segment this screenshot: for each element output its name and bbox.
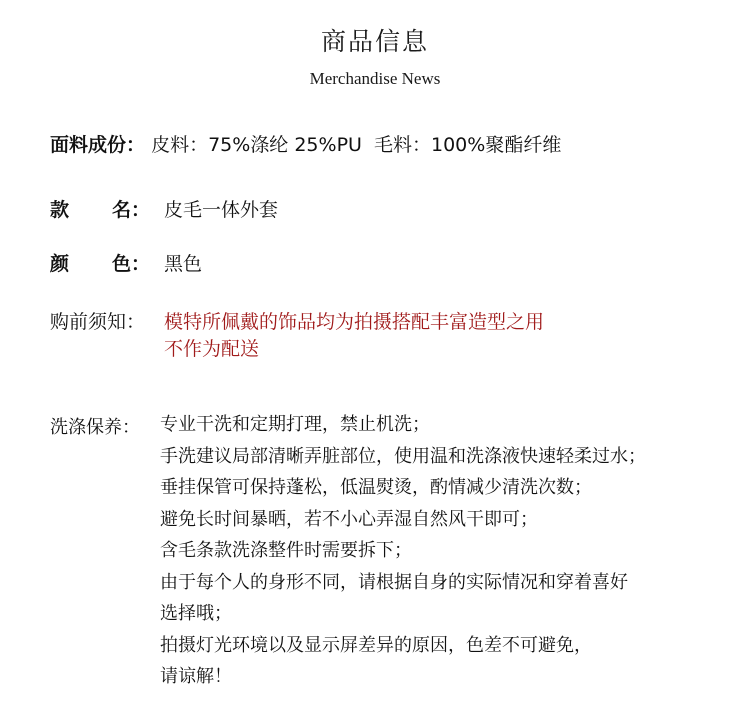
notice-label: 购前须知： [50, 310, 164, 334]
care-line: 专业干洗和定期打理，禁止机洗； [160, 413, 646, 445]
color-row: 颜色： 黑色 [50, 252, 202, 276]
fabric-value: 皮料：75%涤纶 25%PU 毛料：100%聚酯纤维 [151, 133, 561, 157]
notice-row: 购前须知： [50, 310, 164, 334]
care-line: 请谅解！ [160, 665, 646, 697]
notice-line-1: 模特所佩戴的饰品均为拍摄搭配丰富造型之用 [164, 310, 544, 334]
care-line: 避免长时间暴晒，若不小心弄湿自然风干即可； [160, 508, 646, 540]
care-line: 选择哦； [160, 602, 646, 634]
page-subtitle: Merchandise News [0, 69, 750, 89]
care-line: 手洗建议局部清晰弄脏部位，使用温和洗涤液快速轻柔过水； [160, 445, 646, 477]
page-title: 商品信息 [0, 22, 750, 58]
style-name-row: 款名： 皮毛一体外套 [50, 198, 278, 222]
fabric-row: 面料成份： 皮料：75%涤纶 25%PU 毛料：100%聚酯纤维 [50, 133, 561, 157]
color-value: 黑色 [164, 252, 202, 276]
care-line: 拍摄灯光环境以及显示屏差异的原因，色差不可避免， [160, 634, 646, 666]
style-name-value: 皮毛一体外套 [164, 198, 278, 222]
care-line: 由于每个人的身形不同，请根据自身的实际情况和穿着喜好 [160, 571, 646, 603]
care-line: 垂挂保管可保持蓬松，低温熨烫，酌情减少清洗次数； [160, 476, 646, 508]
fabric-label: 面料成份： [50, 133, 145, 157]
care-list: 专业干洗和定期打理，禁止机洗； 手洗建议局部清晰弄脏部位，使用温和洗涤液快速轻柔… [160, 413, 646, 697]
care-line: 含毛条款洗涤整件时需要拆下； [160, 539, 646, 571]
notice-line-2: 不作为配送 [164, 337, 259, 361]
color-label: 颜色： [50, 252, 164, 276]
care-label: 洗涤保养： [50, 413, 140, 439]
style-name-label: 款名： [50, 198, 164, 222]
